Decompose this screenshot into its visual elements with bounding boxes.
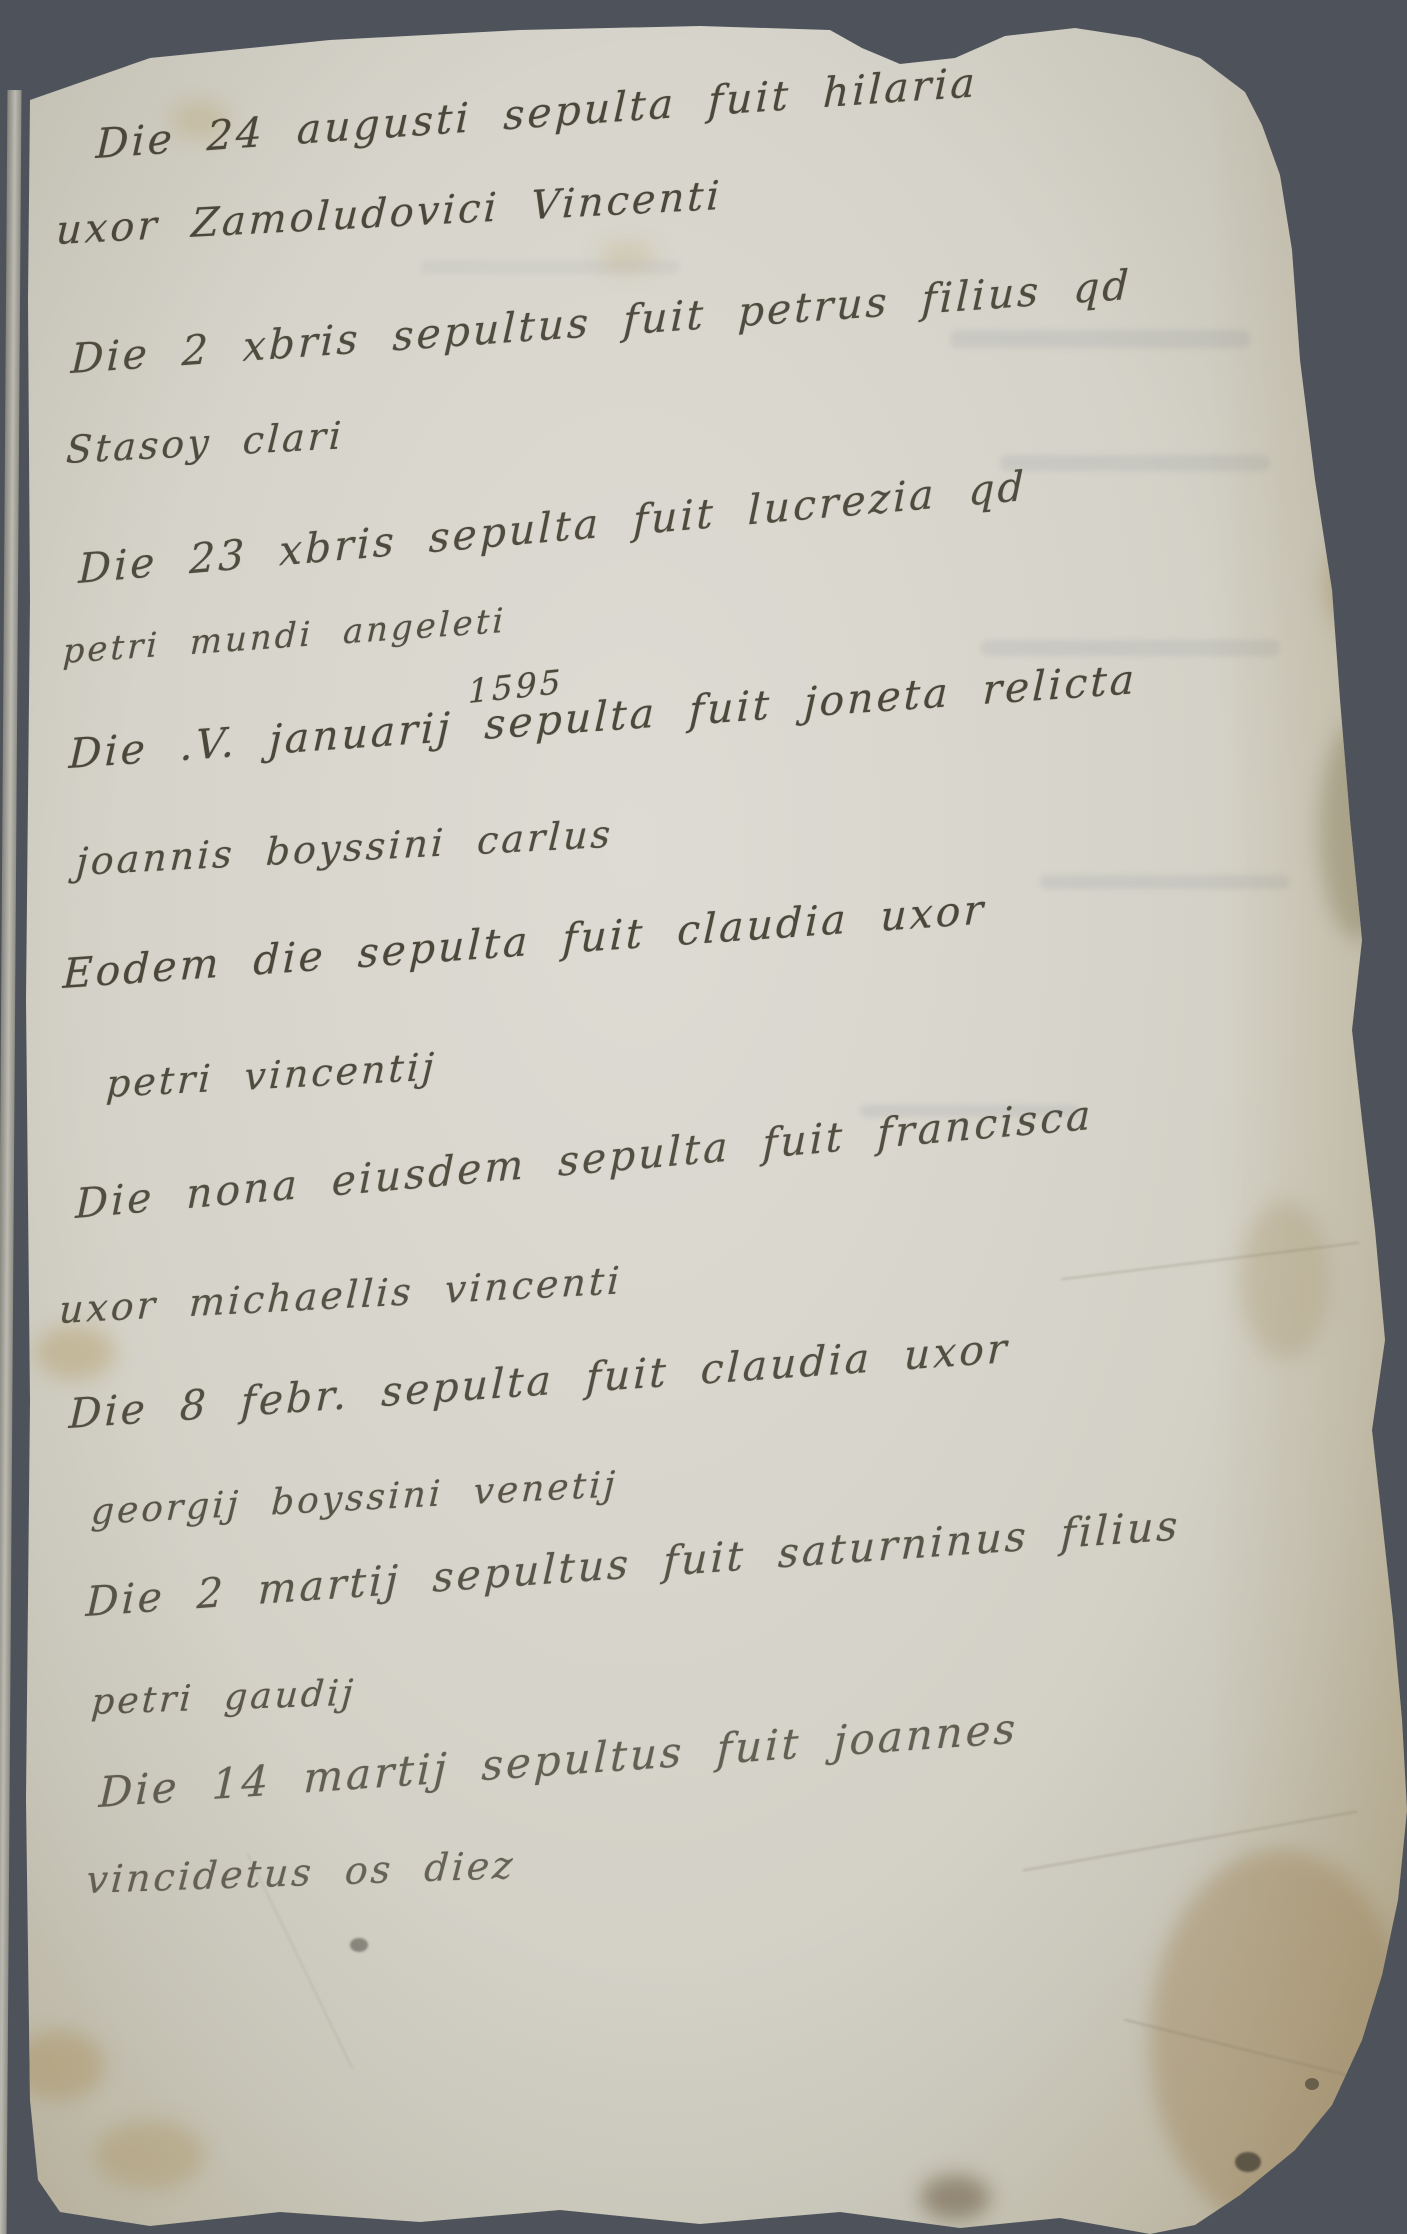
manuscript-line-1: Die 24 augusti sepulta fuit hilaria <box>95 58 979 168</box>
manuscript-line-9: joannis boyssini carlus <box>75 812 614 884</box>
manuscript-line-5: Die 23 xbris sepulta fuit lucrezia qd <box>78 462 1027 593</box>
manuscript-line-13: uxor michaellis vincenti <box>58 1258 623 1332</box>
handwritten-entries: Die 24 augusti sepulta fuit hilariauxor … <box>0 0 1407 2234</box>
manuscript-line-19: vincidetus os diez <box>85 1843 517 1902</box>
underlying-page-edge <box>0 90 21 2234</box>
manuscript-line-2: uxor Zamoludovici Vincenti <box>55 173 723 254</box>
manuscript-line-4: Stasoy clari <box>65 413 345 472</box>
manuscript-line-10: Eodem die sepulta fuit claudia uxor <box>62 885 987 998</box>
manuscript-line-12: Die nona eiusdem sepulta fuit francisca <box>75 1091 1094 1228</box>
manuscript-line-11: petri vincentij <box>105 1044 438 1106</box>
manuscript-line-3: Die 2 xbris sepultus fuit petrus filius … <box>70 261 1132 383</box>
manuscript-line-15: georgij boyssini venetij <box>90 1464 619 1533</box>
manuscript-line-18: Die 14 martij sepultus fuit joannes <box>98 1703 1019 1817</box>
manuscript-line-6: petri mundi angeleti <box>62 601 507 672</box>
manuscript-page: Die 24 augusti sepulta fuit hilariauxor … <box>0 0 1407 2234</box>
photographed-manuscript: Die 24 augusti sepulta fuit hilariauxor … <box>0 0 1407 2234</box>
manuscript-line-8: Die .V. januarij sepulta fuit joneta rel… <box>68 655 1138 778</box>
manuscript-line-14: Die 8 febr. sepulta fuit claudia uxor <box>68 1324 1010 1438</box>
manuscript-line-17: petri gaudij <box>90 1673 357 1723</box>
